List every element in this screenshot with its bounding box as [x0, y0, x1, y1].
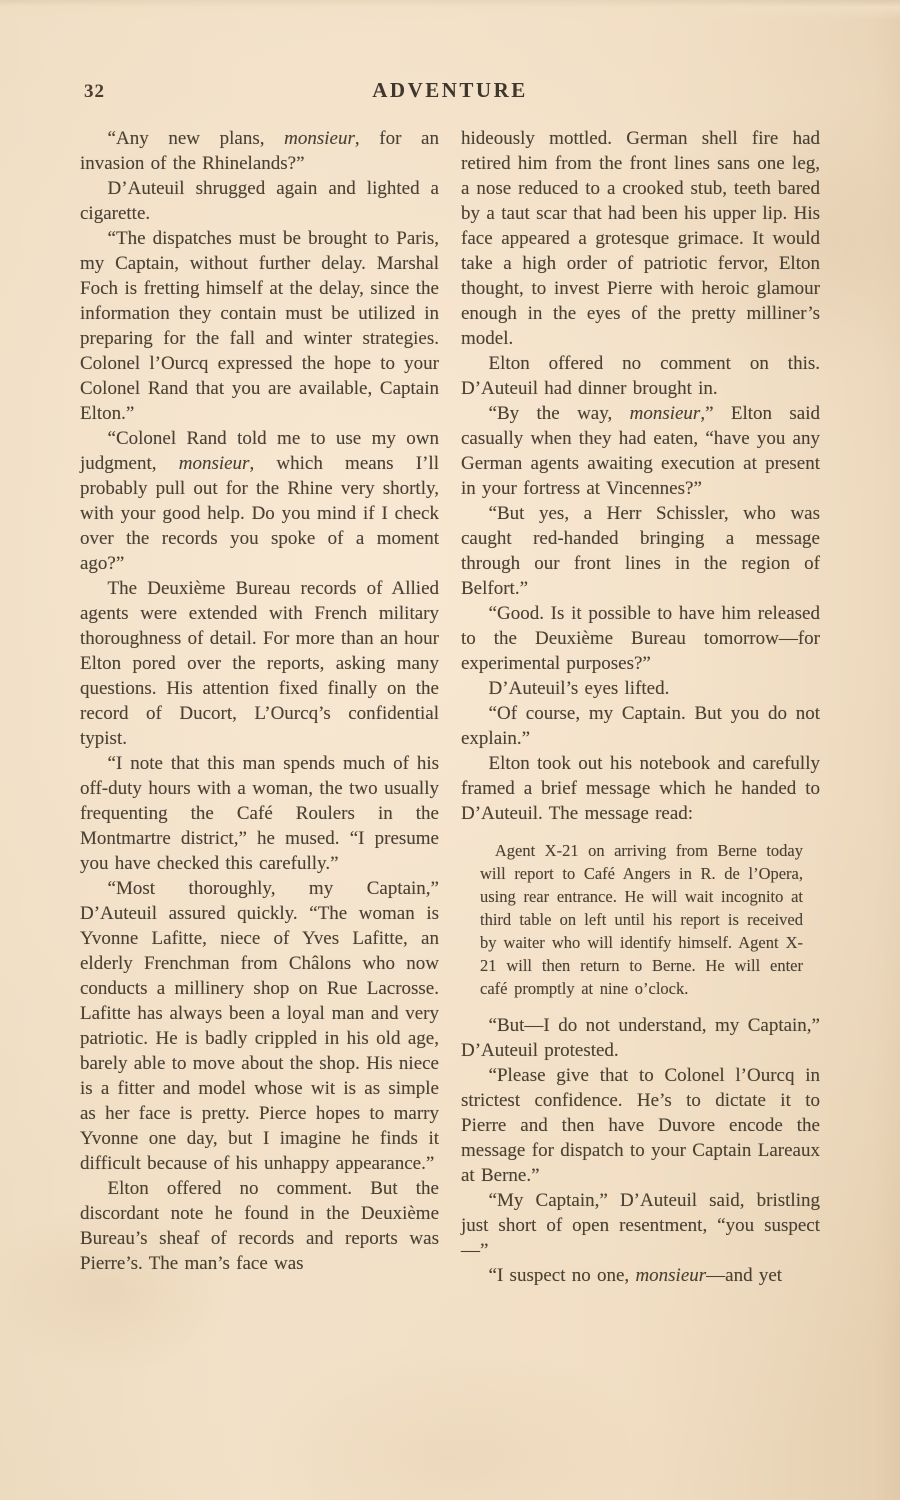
story-paragraph: “I note that this man spends much of his…: [80, 751, 439, 876]
story-paragraph: “Any new plans, monsieur, for an invasio…: [80, 126, 439, 176]
left-column: “Any new plans, monsieur, for an invasio…: [80, 126, 439, 1276]
story-paragraph: “But—I do not understand, my Captain,” D…: [461, 1013, 820, 1063]
story-paragraph: “The dispatches must be brought to Paris…: [80, 226, 439, 426]
right-column: hideously mottled. German shell fire had…: [461, 126, 820, 1288]
story-paragraph: Elton took out his notebook and carefull…: [461, 751, 820, 826]
story-paragraph: “Please give that to Colonel l’Ourcq in …: [461, 1063, 820, 1188]
story-paragraph: “Of course, my Captain. But you do not e…: [461, 701, 820, 751]
page-title: ADVENTURE: [80, 78, 820, 103]
message-blockquote: Agent X-21 on arriving from Berne today …: [480, 839, 803, 1000]
story-paragraph: “I suspect no one, monsieur—and yet: [461, 1263, 820, 1288]
magazine-page: 32 ADVENTURE “Any new plans, monsieur, f…: [0, 0, 900, 1288]
story-paragraph: hideously mottled. German shell fire had…: [461, 126, 820, 351]
story-paragraph: “Colonel Rand told me to use my own judg…: [80, 426, 439, 576]
story-paragraph: The Deuxième Bureau records of Allied ag…: [80, 576, 439, 751]
story-paragraph: Elton offered no comment on this. D’Aute…: [461, 351, 820, 401]
story-paragraph: “My Captain,” D’Auteuil said, bristling …: [461, 1188, 820, 1263]
story-paragraph: “Most thoroughly, my Captain,” D’Auteuil…: [80, 876, 439, 1176]
running-head: 32 ADVENTURE: [80, 78, 820, 106]
story-paragraph: D’Auteuil shrugged again and lighted a c…: [80, 176, 439, 226]
story-paragraph: “By the way, monsieur,” Elton said casua…: [461, 401, 820, 501]
page-body: “Any new plans, monsieur, for an invasio…: [80, 126, 820, 1288]
story-paragraph: D’Auteuil’s eyes lifted.: [461, 676, 820, 701]
story-paragraph: “Good. Is it possible to have him releas…: [461, 601, 820, 676]
story-paragraph: Elton offered no comment. But the discor…: [80, 1176, 439, 1276]
story-paragraph: “But yes, a Herr Schissler, who was caug…: [461, 501, 820, 601]
